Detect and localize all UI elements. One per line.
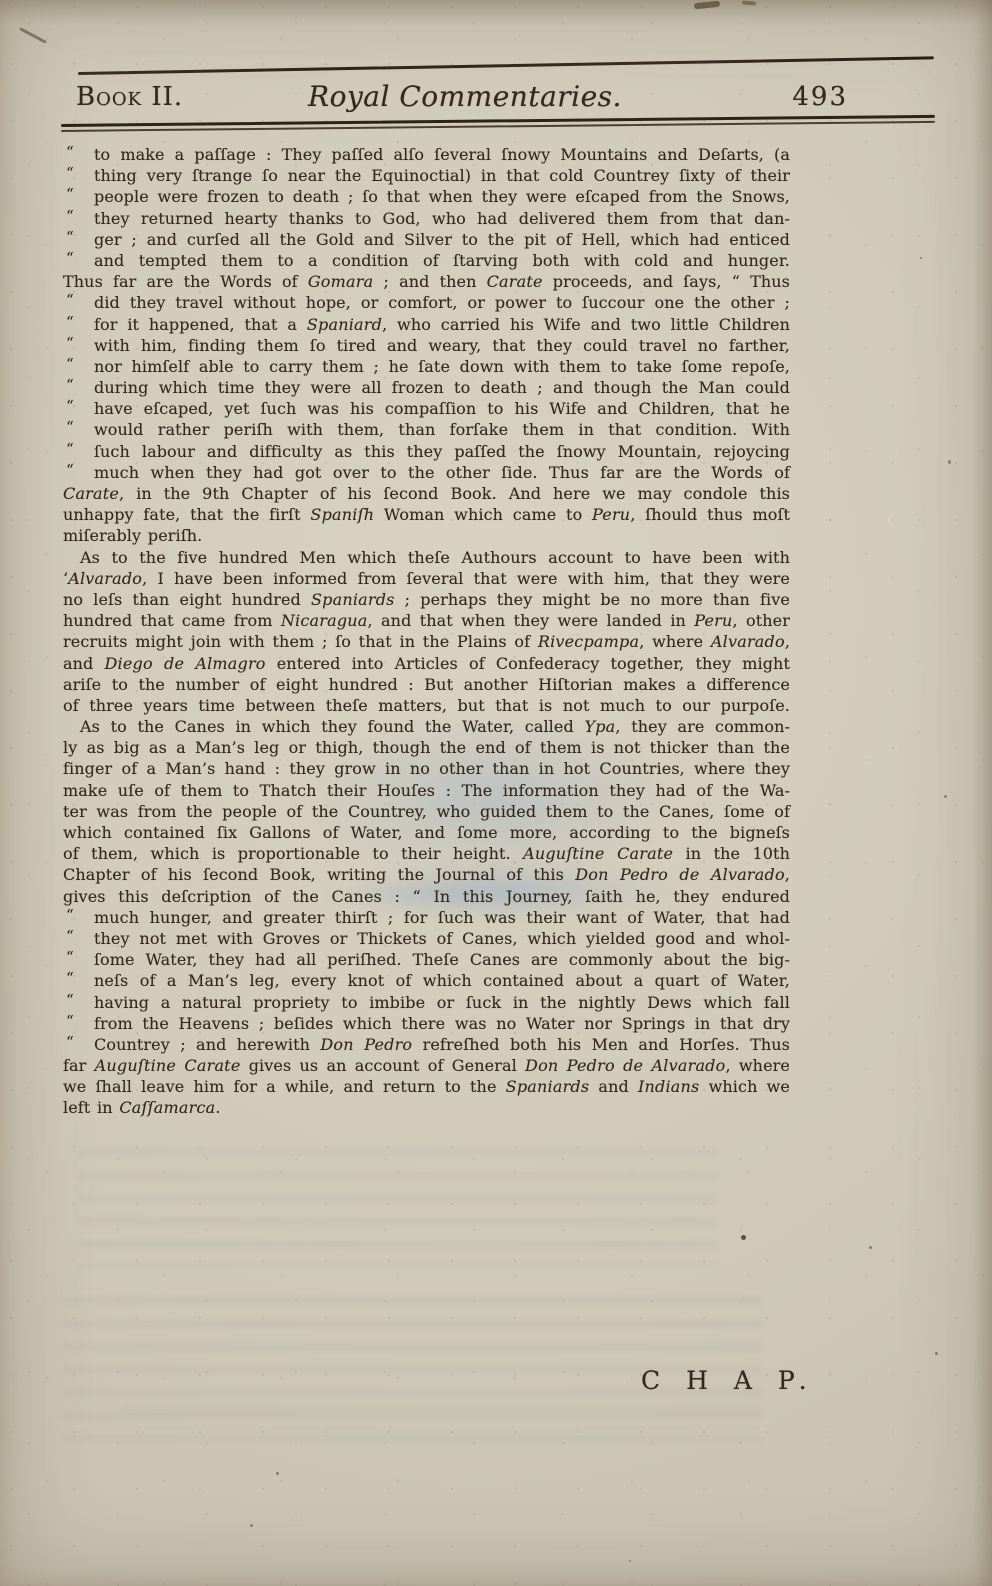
- ink-speck: [276, 1472, 279, 1475]
- text-run: neſs of a Man’s leg, every knot of which…: [94, 971, 790, 990]
- text-run: having a natural propriety to imbibe or …: [94, 993, 790, 1012]
- quote-mark: “: [66, 926, 73, 947]
- text-line: As to the Canes in which they found the …: [63, 716, 790, 737]
- text-line: “neſs of a Man’s leg, every knot of whic…: [63, 970, 790, 991]
- text-line: we ſhall leave him for a while, and retu…: [63, 1076, 790, 1097]
- proper-noun-italic: Rivecpampa: [538, 632, 639, 651]
- text-run: gives us an account of General: [240, 1056, 525, 1075]
- quote-mark: “: [66, 333, 73, 354]
- page-edge-shadow: [972, 0, 992, 1586]
- text-run: hundred that came from: [63, 611, 281, 630]
- text-run: during which time they were all frozen t…: [94, 378, 790, 397]
- text-run: , where: [725, 1056, 790, 1075]
- text-run: we ſhall leave him for a while, and retu…: [63, 1077, 506, 1096]
- text-run: no leſs than eight hundred: [63, 590, 311, 609]
- proper-noun-italic: Auguſtine Carate: [95, 1056, 241, 1075]
- quote-mark: “: [66, 990, 73, 1011]
- text-line: “from the Heavens ; beſides which there …: [63, 1013, 790, 1034]
- text-run: for it happened, that a: [94, 315, 307, 334]
- text-line: left in Caſſamarca.: [63, 1097, 790, 1118]
- text-run: ; and then: [373, 272, 486, 291]
- text-run: which contained ſix Gallons of Water, an…: [63, 823, 790, 842]
- text-line: “having a natural propriety to imbibe or…: [63, 992, 790, 1013]
- text-run: , they are common-: [615, 717, 790, 736]
- text-run: did they travel without hope, or comfort…: [94, 293, 790, 312]
- text-run: Thus far are the Words of: [63, 272, 308, 291]
- text-run: gives this deſcription of the Canes : “ …: [63, 887, 790, 906]
- text-run: of them, which is proportionable to thei…: [63, 844, 523, 863]
- text-line: “nor himſelf able to carry them ; he ſat…: [63, 356, 790, 377]
- text-line: As to the five hundred Men which theſe A…: [63, 547, 790, 568]
- ink-speck: [869, 1246, 872, 1249]
- text-run: Chapter of his ſecond Book, writing the …: [63, 865, 575, 884]
- text-line: “did they travel without hope, or comfor…: [63, 292, 790, 313]
- text-line: “for it happened, that a Spaniard, who c…: [63, 314, 790, 335]
- text-line: ‘Alvarado, I have been informed from ſev…: [63, 568, 790, 589]
- text-line: which contained ſix Gallons of Water, an…: [63, 822, 790, 843]
- text-line: recruits might join with them ; ſo that …: [63, 631, 790, 652]
- quote-mark: “: [66, 227, 73, 248]
- proper-noun-italic: Diego de Almagro: [105, 654, 266, 673]
- text-line: Carate, in the 9th Chapter of his ſecond…: [63, 483, 790, 504]
- text-run: , ſhould thus moſt: [630, 505, 790, 524]
- text-run: finger of a Man’s hand : they grow in no…: [63, 759, 790, 778]
- text-line: “Countrey ; and herewith Don Pedro refre…: [63, 1034, 790, 1055]
- proper-noun-italic: Spaniſh: [310, 505, 374, 524]
- proper-noun-italic: Carate: [63, 484, 119, 503]
- proper-noun-italic: Indians: [638, 1077, 699, 1096]
- page-edge-shadow: [0, 0, 992, 26]
- text-line: “thing very ſtrange ſo near the Equinoct…: [63, 165, 790, 186]
- text-line: “ſome Water, they had all periſhed. Theſ…: [63, 949, 790, 970]
- text-line: “ſuch labour and difficulty as this they…: [63, 441, 790, 462]
- text-line: “during which time they were all frozen …: [63, 377, 790, 398]
- text-run: ly as big as a Man’s leg or thigh, thoug…: [63, 738, 790, 757]
- verso-ghost-text: [120, 1404, 760, 1430]
- proper-noun-italic: Caſſamarca: [119, 1098, 215, 1117]
- text-line: “and tempted them to a condition of ſtar…: [63, 250, 790, 271]
- proper-noun-italic: Don Pedro: [320, 1035, 412, 1054]
- ink-speck: [629, 1560, 631, 1562]
- text-line: make uſe of them to Thatch their Houſes …: [63, 780, 790, 801]
- quote-mark: “: [66, 968, 73, 989]
- text-line: “they not met with Groves or Thickets of…: [63, 928, 790, 949]
- text-run: entered into Articles of Confederacy tog…: [266, 654, 790, 673]
- text-line: far Auguſtine Carate gives us an account…: [63, 1055, 790, 1076]
- proper-noun-italic: Don Pedro de Alvarado: [525, 1056, 725, 1075]
- text-line: Chapter of his ſecond Book, writing the …: [63, 864, 790, 885]
- quote-mark: “: [66, 290, 73, 311]
- text-run: , who carried his Wife and two little Ch…: [382, 315, 790, 334]
- text-run: As to the five hundred Men which theſe A…: [80, 548, 790, 567]
- text-line: “much when they had got over to the othe…: [63, 462, 790, 483]
- quote-mark: “: [66, 142, 73, 163]
- page-title: Royal Commentaries.: [0, 80, 930, 113]
- text-line: “people were frozen to death ; ſo that w…: [63, 186, 790, 207]
- text-line: Thus far are the Words of Gomara ; and t…: [63, 271, 790, 292]
- text-line: finger of a Man’s hand : they grow in no…: [63, 758, 790, 779]
- text-run: refreſhed both his Men and Horſes. Thus: [412, 1035, 790, 1054]
- text-run: and: [63, 654, 105, 673]
- text-line: “would rather periſh with them, than for…: [63, 419, 790, 440]
- proper-noun-italic: Alvarado: [68, 569, 142, 588]
- proper-noun-italic: Alvarado: [711, 632, 785, 651]
- quote-mark: “: [66, 248, 73, 269]
- ink-speck: [935, 1352, 938, 1355]
- text-line: hundred that came from Nicaragua, and th…: [63, 610, 790, 631]
- quote-mark: “: [66, 1011, 73, 1032]
- text-run: with him, finding them ſo tired and wear…: [94, 336, 790, 355]
- text-run: , where: [639, 632, 711, 651]
- scratch-mark: [19, 27, 47, 44]
- text-run: , other: [733, 611, 790, 630]
- text-run: much when they had got over to the other…: [94, 463, 790, 482]
- quote-mark: “: [66, 396, 73, 417]
- proper-noun-italic: Spaniard: [307, 315, 382, 334]
- quote-mark: “: [66, 163, 73, 184]
- text-run: As to the Canes in which they found the …: [80, 717, 584, 736]
- text-run: Woman which came to: [374, 505, 592, 524]
- text-line: of them, which is proportionable to thei…: [63, 843, 790, 864]
- quote-mark: “: [66, 460, 73, 481]
- text-run: make uſe of them to Thatch their Houſes …: [63, 781, 790, 800]
- text-run: of three years time between theſe matter…: [63, 696, 790, 715]
- text-run: much hunger, and greater thirſt ; for ſu…: [94, 908, 790, 927]
- proper-noun-italic: Peru: [694, 611, 732, 630]
- text-line: “with him, finding them ſo tired and wea…: [63, 335, 790, 356]
- text-run: have eſcaped, yet ſuch was his compaſſio…: [94, 399, 790, 418]
- text-block: “to make a paſſage : They paſſed alſo ſe…: [63, 144, 790, 1119]
- text-run: ariſe to the number of eight hundred : B…: [63, 675, 790, 694]
- proper-noun-italic: Spaniards: [311, 590, 395, 609]
- text-line: “have eſcaped, yet ſuch was his compaſſi…: [63, 398, 790, 419]
- text-line: “to make a paſſage : They paſſed alſo ſe…: [63, 144, 790, 165]
- text-run: nor himſelf able to carry them ; he ſate…: [94, 357, 790, 376]
- ink-speck: [741, 1235, 746, 1240]
- proper-noun-italic: Carate: [487, 272, 543, 291]
- proper-noun-italic: Ypa: [584, 717, 615, 736]
- text-run: would rather periſh with them, than forſ…: [94, 420, 790, 439]
- text-run: ſuch labour and difficulty as this they …: [94, 442, 790, 461]
- quote-mark: “: [66, 375, 73, 396]
- text-run: , in the 9th Chapter of his ſecond Book.…: [119, 484, 790, 503]
- quote-mark: “: [66, 354, 73, 375]
- quote-mark: “: [66, 206, 73, 227]
- text-run: they returned hearty thanks to God, who …: [94, 209, 790, 228]
- proper-noun-italic: Nicaragua: [281, 611, 368, 630]
- text-run: recruits might join with them ; ſo that …: [63, 632, 538, 651]
- ink-speck: [948, 460, 951, 464]
- text-run: , I have been informed from ſeveral that…: [142, 569, 790, 588]
- proper-noun-italic: Don Pedro de Alvarado: [575, 865, 785, 884]
- text-run: , and that when they were landed in: [368, 611, 695, 630]
- text-run: and tempted them to a condition of ſtarv…: [94, 251, 790, 270]
- text-line: and Diego de Almagro entered into Articl…: [63, 653, 790, 674]
- text-line: ter was from the people of the Countrey,…: [63, 801, 790, 822]
- text-run: miſerably periſh.: [63, 526, 202, 545]
- text-line: “ger ; and curſed all the Gold and Silve…: [63, 229, 790, 250]
- quote-mark: “: [66, 312, 73, 333]
- top-rule: [78, 56, 934, 75]
- text-run: to make a paſſage : They paſſed alſo ſev…: [94, 145, 790, 164]
- text-line: gives this deſcription of the Canes : “ …: [63, 886, 790, 907]
- text-line: ariſe to the number of eight hundred : B…: [63, 674, 790, 695]
- text-run: ,: [785, 632, 790, 651]
- text-run: ; perhaps they might be no more than fiv…: [395, 590, 790, 609]
- text-run: Countrey ; and herewith: [94, 1035, 320, 1054]
- ink-speck: [250, 1524, 253, 1527]
- text-run: which we: [699, 1077, 790, 1096]
- text-line: “they returned hearty thanks to God, who…: [63, 208, 790, 229]
- text-run: and: [589, 1077, 638, 1096]
- text-run: far: [63, 1056, 95, 1075]
- quote-mark: “: [66, 184, 73, 205]
- text-run: thing very ſtrange ſo near the Equinocti…: [94, 166, 790, 185]
- proper-noun-italic: Spaniards: [506, 1077, 590, 1096]
- quote-mark: “: [66, 417, 73, 438]
- quote-mark: “: [66, 905, 73, 926]
- quote-mark: “: [66, 1032, 73, 1053]
- text-line: unhappy fate, that the firſt Spaniſh Wom…: [63, 504, 790, 525]
- proper-noun-italic: Auguſtine Carate: [523, 844, 673, 863]
- text-run: ger ; and curſed all the Gold and Silver…: [94, 230, 790, 249]
- book-page-scan: Book II. Royal Commentaries. 493 “to mak…: [0, 0, 992, 1586]
- text-run: people were frozen to death ; ſo that wh…: [94, 187, 790, 206]
- proper-noun-italic: Peru: [592, 505, 630, 524]
- text-line: of three years time between theſe matter…: [63, 695, 790, 716]
- page-number: 493: [792, 82, 848, 112]
- text-line: no leſs than eight hundred Spaniards ; p…: [63, 589, 790, 610]
- text-run: in the 10th: [673, 844, 790, 863]
- quote-mark: “: [66, 439, 73, 460]
- text-run: ter was from the people of the Countrey,…: [63, 802, 790, 821]
- text-run: they not met with Groves or Thickets of …: [94, 929, 790, 948]
- text-run: left in: [63, 1098, 119, 1117]
- ink-speck: [920, 257, 922, 259]
- text-run: .: [215, 1098, 220, 1117]
- text-run: proceeds, and ſays, “ Thus: [543, 272, 790, 291]
- catchword: C H A P.: [641, 1366, 816, 1395]
- text-line: ly as big as a Man’s leg or thigh, thoug…: [63, 737, 790, 758]
- proper-noun-italic: Gomara: [308, 272, 374, 291]
- text-run: ſome Water, they had all periſhed. Theſe…: [94, 950, 790, 969]
- text-run: ,: [785, 865, 790, 884]
- text-line: “much hunger, and greater thirſt ; for ſ…: [63, 907, 790, 928]
- text-line: miſerably periſh.: [63, 525, 790, 546]
- ink-speck: [944, 795, 947, 798]
- verso-ghost-text: [78, 1148, 718, 1268]
- text-run: unhappy fate, that the firſt: [63, 505, 310, 524]
- quote-mark: “: [66, 947, 73, 968]
- text-run: from the Heavens ; beſides which there w…: [94, 1014, 790, 1033]
